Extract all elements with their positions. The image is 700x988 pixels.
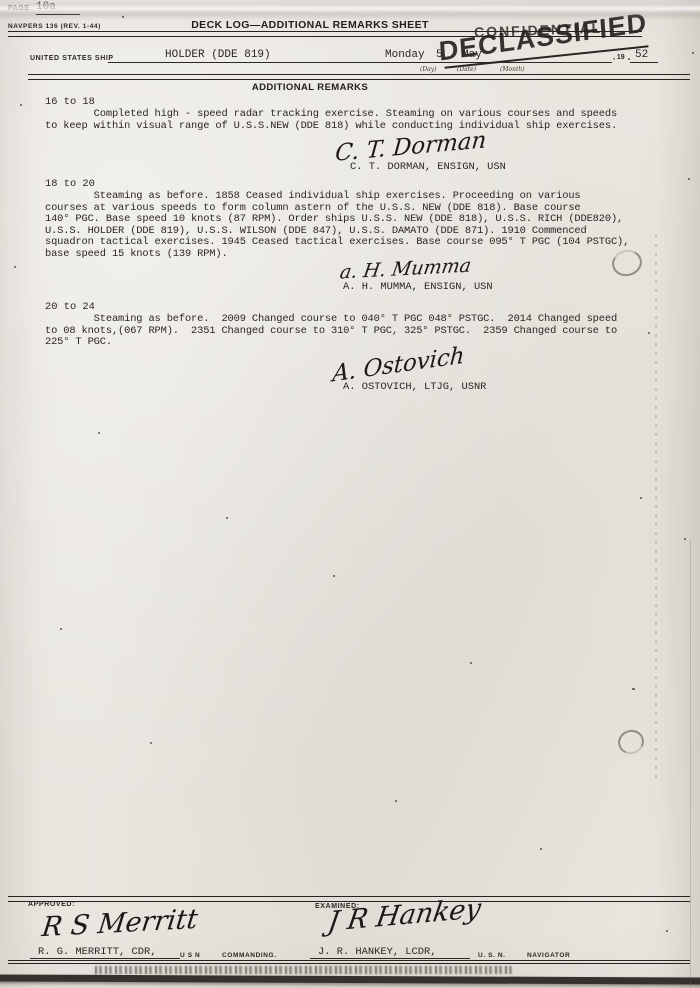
- entry-3-time-range: 20 to 24: [45, 301, 95, 313]
- ship-label: UNITED STATES SHIP: [30, 55, 114, 62]
- entry-2-text: Steaming as before. 1858 Ceased individu…: [45, 191, 629, 261]
- ship-name-line: [108, 62, 424, 63]
- approved-label: APPROVED:: [28, 901, 75, 908]
- footer-top-rule: [8, 896, 690, 902]
- examined-signature-line: [310, 958, 470, 959]
- examined-title: NAVIGATOR: [527, 952, 570, 959]
- ring-stain-mark-lower: [615, 726, 648, 757]
- approved-signature-line: [30, 958, 180, 959]
- form-number: NAVPERS 136 (REV. 1-44): [8, 23, 101, 30]
- paper-crease-footer: [0, 0, 700, 10]
- approved-service: U S N: [180, 952, 200, 959]
- approved-signature-script: R S Merritt: [40, 904, 199, 943]
- entry-1-signature-typed: C. T. DORMAN, ENSIGN, USN: [350, 161, 506, 173]
- month-sublabel: (Month): [500, 66, 525, 73]
- date-day: Monday: [385, 49, 425, 61]
- paper-crease-vertical: [655, 235, 657, 780]
- year-line: [630, 62, 658, 63]
- date-year: 52: [635, 49, 648, 61]
- approved-name-typed: R. G. MERRITT, CDR,: [38, 946, 156, 958]
- paper-edge-line: [690, 540, 691, 988]
- entry-3-signature-typed: A. OSTOVICH, LTJG, USNR: [343, 381, 486, 393]
- date-sublabel: (Date): [457, 66, 476, 73]
- footer-bottom-rule: [8, 960, 690, 964]
- date-date: 5: [436, 49, 443, 61]
- date-line: [378, 62, 612, 63]
- approved-title: COMMANDING.: [222, 952, 277, 959]
- entry-1-time-range: 16 to 18: [45, 96, 95, 108]
- entry-2-signature-typed: A. H. MUMMA, ENSIGN, USN: [343, 281, 493, 293]
- examined-service: U. S. N.: [478, 952, 506, 959]
- illegible-fine-print: [95, 966, 515, 974]
- section-title: ADDITIONAL REMARKS: [110, 82, 510, 93]
- day-sublabel: (Day): [420, 66, 436, 73]
- entry-3-text: Steaming as before. 2009 Changed course …: [45, 314, 617, 349]
- ship-name: HOLDER (DDE 819): [165, 49, 271, 61]
- subheader-rule: [28, 74, 690, 80]
- deck-log-page: PAGE 10a NAVPERS 136 (REV. 1-44) DECK LO…: [0, 0, 700, 988]
- examined-name-typed: J. R. HANKEY, LCDR,: [318, 946, 436, 958]
- entry-2-time-range: 18 to 20: [45, 178, 95, 190]
- scan-bottom-edge: [0, 974, 700, 984]
- entry-1-text: Completed high - speed radar tracking ex…: [45, 109, 617, 132]
- date-month: May: [462, 49, 482, 61]
- year-prefix: , 19: [613, 54, 625, 61]
